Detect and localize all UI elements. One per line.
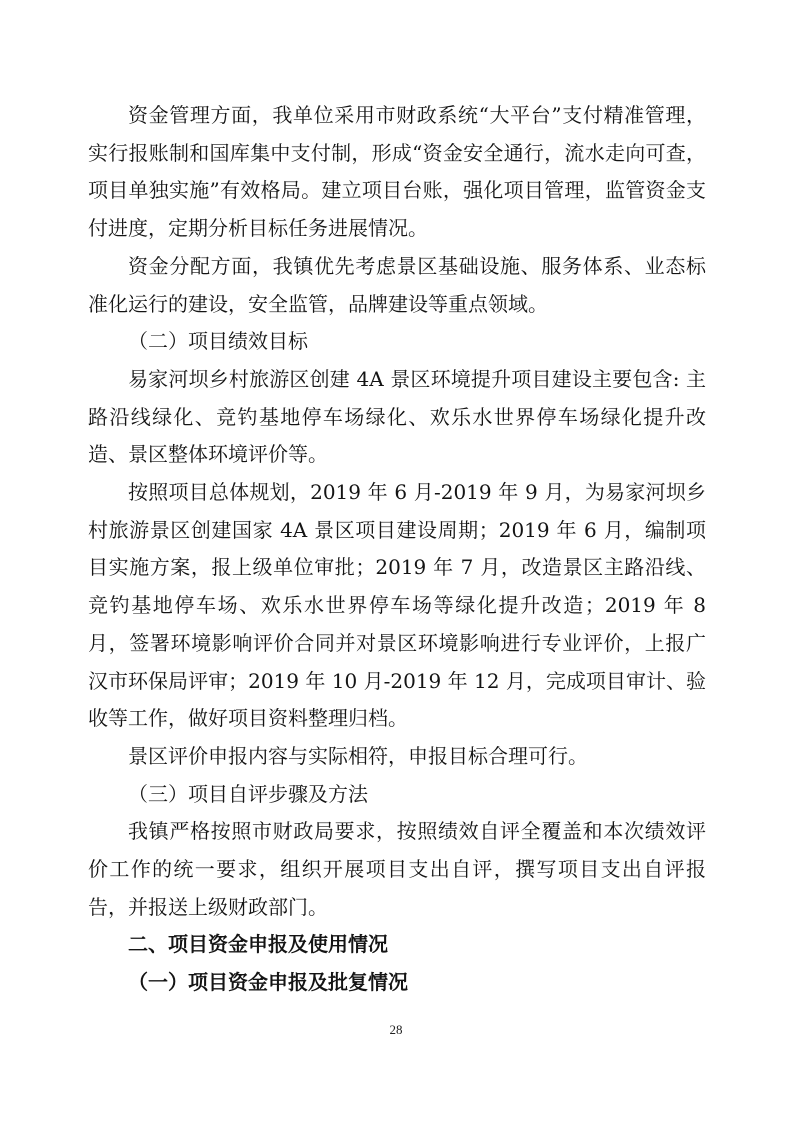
body-paragraph: 景区评价申报内容与实际相符，申报目标合理可行。 [88,738,706,776]
body-paragraph: 资金管理方面，我单位采用市财政系统“大平台”支付精准管理，实行报账制和国库集中支… [88,97,706,248]
body-paragraph: 我镇严格按照市财政局要求，按照绩效自评全覆盖和本次绩效评价工作的统一要求，组织开… [88,813,706,926]
subsection-heading: （二）项目绩效目标 [88,323,706,361]
subsection-heading: （三）项目自评步骤及方法 [88,776,706,814]
body-paragraph: 易家河坝乡村旅游区创建 4A 景区环境提升项目建设主要包含: 主路沿线绿化、竞钓… [88,361,706,474]
body-paragraph: 按照项目总体规划，2019 年 6 月-2019 年 9 月，为易家河坝乡村旅游… [88,474,706,738]
section-heading: 二、项目资金申报及使用情况 [88,926,706,964]
document-page: 资金管理方面，我单位采用市财政系统“大平台”支付精准管理，实行报账制和国库集中支… [0,0,792,1122]
body-paragraph: 资金分配方面，我镇优先考虑景区基础设施、服务体系、业态标准化运行的建设，安全监管… [88,248,706,323]
section-heading: （一）项目资金申报及批复情况 [88,964,706,1002]
page-number: 28 [0,1021,792,1039]
document-body: 资金管理方面，我单位采用市财政系统“大平台”支付精准管理，实行报账制和国库集中支… [88,97,706,1002]
